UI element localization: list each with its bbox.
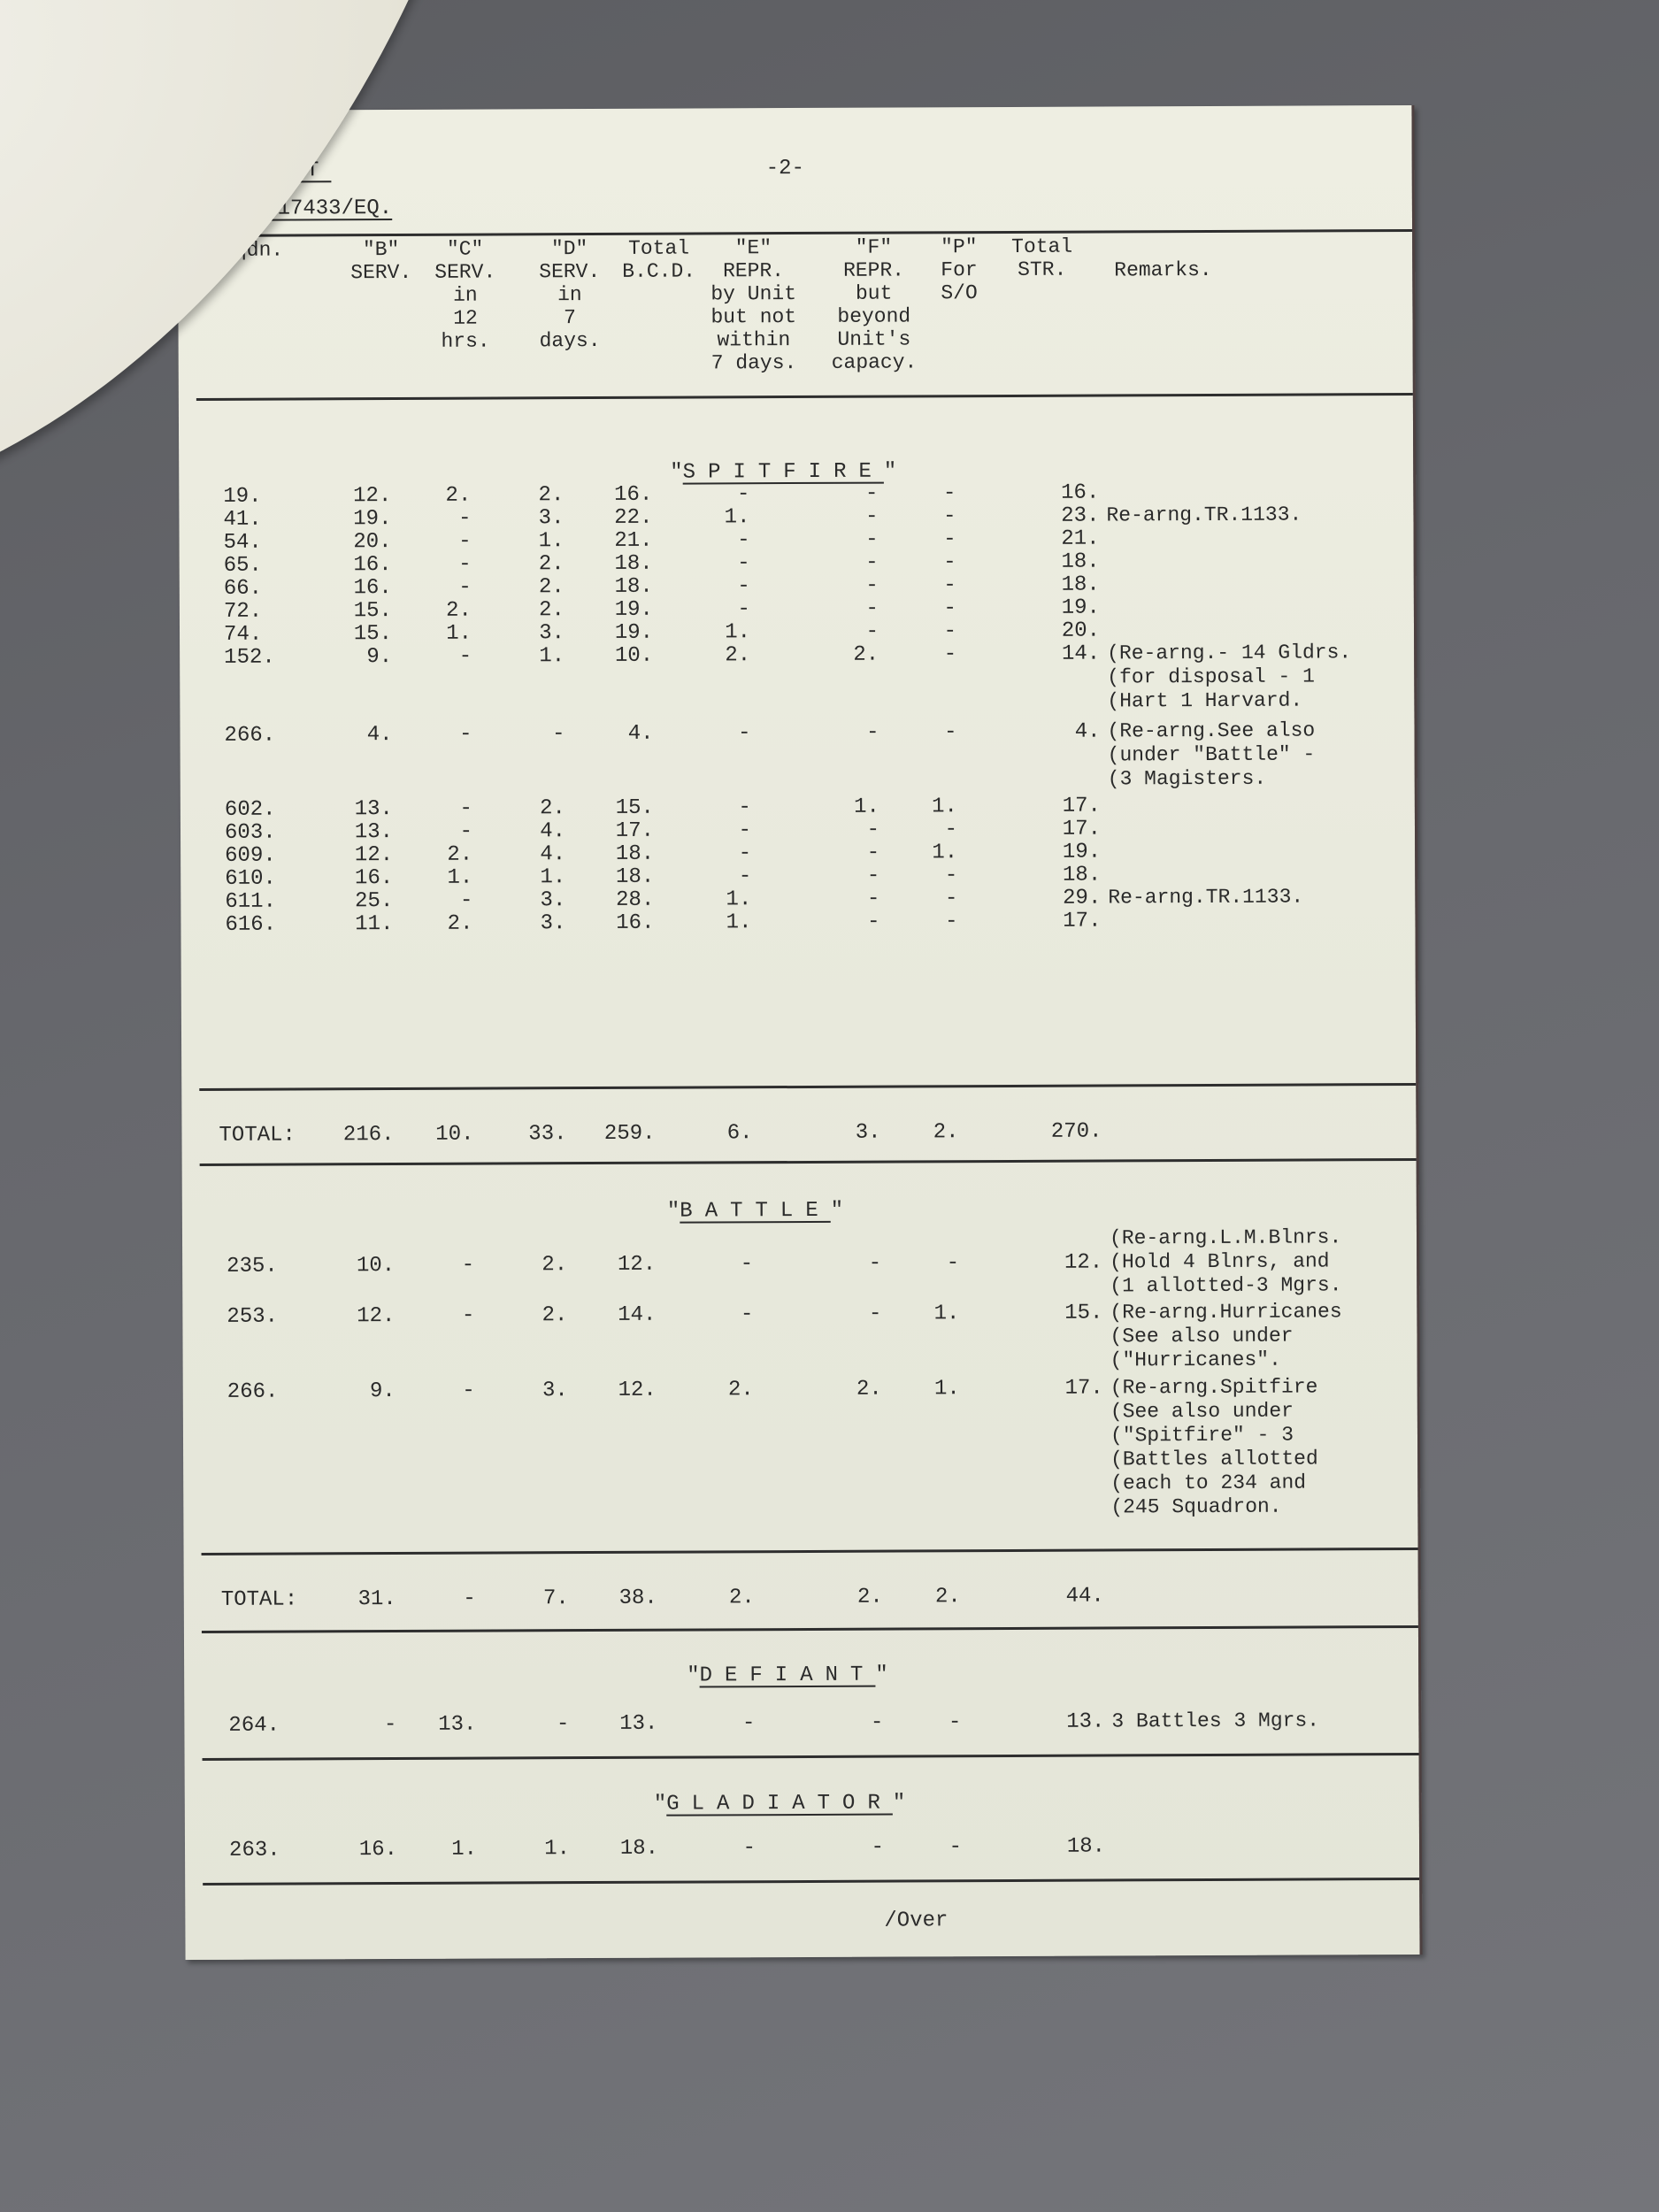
cell-remarks: (Re-arng.See also (under "Battle" - (3 M… — [1107, 718, 1315, 791]
cell-total-bcd: 16. — [616, 911, 654, 935]
cell-d: - — [557, 1712, 570, 1736]
cell-sqdn: 41. — [223, 508, 261, 532]
cell-sqdn: 66. — [224, 577, 262, 601]
total-total-str: 44. — [1066, 1585, 1104, 1609]
cell-total-str: 14. — [1062, 642, 1100, 666]
cell-total-bcd: 12. — [618, 1253, 656, 1277]
header-b-serv: "B" SERV. — [350, 238, 411, 284]
cell-c: 13. — [438, 1713, 476, 1737]
cell-b: 4. — [367, 723, 393, 747]
cell-e: - — [737, 551, 750, 575]
cell-f: - — [867, 910, 880, 934]
rule-bottom — [203, 1878, 1419, 1886]
total-label: TOTAL: — [221, 1587, 298, 1611]
section-title-defiant: "DEFIANT" — [687, 1663, 888, 1688]
cell-total-bcd: 4. — [628, 722, 654, 746]
cell-p: - — [943, 527, 956, 551]
cell-f: - — [866, 620, 879, 644]
cell-f: - — [865, 482, 879, 506]
cell-e: - — [737, 597, 750, 621]
cell-e: 2. — [725, 643, 750, 667]
cell-total-str: 12. — [1064, 1251, 1102, 1275]
cell-b: 12. — [355, 843, 393, 867]
cell-total-str: 18. — [1062, 573, 1100, 597]
cell-p: 1. — [932, 841, 957, 864]
cell-total-str: 17. — [1063, 818, 1101, 841]
cell-sqdn: 266. — [224, 724, 275, 748]
cell-e: - — [743, 1836, 757, 1860]
total-f: 3. — [856, 1121, 881, 1145]
cell-sqdn: 54. — [224, 531, 262, 555]
cell-c: 2. — [446, 599, 472, 623]
page-footer-over: /Over — [884, 1909, 948, 1932]
cell-e: - — [742, 1711, 756, 1735]
cell-b: 15. — [354, 599, 392, 623]
section-title-battle: "BATTLE" — [667, 1199, 843, 1224]
cell-sqdn: 65. — [224, 554, 262, 578]
rule-battle-total-top — [202, 1548, 1418, 1555]
battle-table — [177, 105, 1411, 111]
cell-p: 1. — [934, 1302, 960, 1325]
rule-defiant-bottom — [203, 1753, 1419, 1761]
cell-total-str: 20. — [1062, 619, 1100, 643]
cell-b: 9. — [370, 1379, 396, 1403]
cell-p: - — [943, 573, 956, 597]
cell-f: - — [869, 1302, 882, 1326]
cell-d: 3. — [539, 621, 565, 645]
cell-sqdn: 603. — [225, 821, 276, 845]
cell-total-str: 18. — [1063, 864, 1101, 887]
cell-total-str: 15. — [1064, 1302, 1102, 1325]
cell-c: - — [459, 723, 472, 747]
cell-c: 2. — [447, 843, 472, 867]
total-p: 2. — [933, 1120, 959, 1144]
cell-b: 9. — [366, 645, 392, 669]
cell-p: - — [944, 619, 957, 643]
cell-p: - — [943, 504, 956, 528]
cell-d: 2. — [539, 552, 565, 576]
total-b: 216. — [343, 1123, 395, 1147]
cell-total-str: 18. — [1061, 550, 1099, 574]
cell-b: 11. — [355, 912, 393, 936]
table-row: 616.11.2.3.16.1.--17. — [180, 908, 1415, 937]
rule-header-bottom — [196, 393, 1413, 401]
cell-f: - — [869, 1252, 882, 1276]
cell-f: - — [867, 887, 880, 911]
defiant-table — [177, 105, 1411, 111]
cell-c: - — [458, 553, 472, 577]
spitfire-table — [177, 105, 1411, 111]
gladiator-table — [177, 105, 1411, 111]
cell-total-str: 4. — [1075, 720, 1101, 744]
cell-d: 2. — [541, 1253, 567, 1277]
total-d: 7. — [543, 1586, 569, 1610]
cell-d: 2. — [539, 575, 565, 599]
header-c-serv: "C" SERV. in 12 hrs. — [434, 237, 496, 352]
cell-total-bcd: 12. — [618, 1379, 656, 1402]
header-total-str: Total STR. — [1011, 235, 1072, 281]
cell-p: - — [949, 1835, 963, 1859]
cell-total-bcd: 10. — [615, 644, 653, 668]
cell-e: 2. — [728, 1378, 754, 1402]
rule-spitfire-total-bottom — [200, 1158, 1417, 1166]
cell-sqdn: 266. — [227, 1380, 279, 1404]
total-total-bcd: 38. — [619, 1586, 657, 1610]
rule-battle-total-bottom — [202, 1625, 1418, 1633]
cell-remarks: (Re-arng.Spitfire (See also under ("Spit… — [1110, 1375, 1318, 1519]
cell-d: 1. — [539, 529, 565, 553]
cell-sqdn: 74. — [224, 623, 262, 647]
cell-total-bcd: 22. — [614, 506, 652, 530]
cell-p: - — [944, 642, 957, 666]
total-total-bcd: 259. — [604, 1122, 656, 1146]
cell-remarks: Re-arng.TR.1133. — [1106, 503, 1302, 528]
cell-c: 1. — [447, 866, 472, 890]
cell-sqdn: 611. — [225, 890, 276, 914]
cell-f: - — [867, 864, 880, 888]
cell-b: 13. — [355, 797, 393, 821]
cell-sqdn: 602. — [225, 798, 276, 822]
cell-f: - — [865, 505, 879, 529]
cell-f: - — [865, 574, 879, 598]
cell-e: 1. — [726, 910, 752, 934]
cell-c: - — [460, 889, 473, 913]
cell-remarks: Re-arng.TR.1133. — [1108, 886, 1303, 910]
cell-b: 16. — [354, 576, 392, 600]
cell-p: - — [945, 887, 958, 910]
cell-p: - — [944, 720, 957, 744]
total-row: TOTAL:216.10.33.259.6.3.2.270. — [181, 1118, 1416, 1148]
cell-c: - — [459, 797, 472, 821]
cell-total-bcd: 15. — [616, 796, 654, 820]
cell-total-str: 23. — [1061, 504, 1099, 528]
cell-total-bcd: 21. — [614, 529, 652, 553]
total-total-str: 270. — [1051, 1120, 1102, 1144]
cell-c: 1. — [451, 1838, 477, 1862]
header-e-repr: "E" REPR. by Unit but not within 7 days. — [710, 236, 796, 374]
total-d: 33. — [528, 1122, 566, 1146]
cell-sqdn: 253. — [227, 1305, 278, 1329]
cell-sqdn: 72. — [224, 600, 262, 624]
cell-c: - — [458, 507, 472, 531]
cell-b: 16. — [355, 866, 393, 890]
cell-f: 2. — [853, 643, 879, 667]
cell-p: - — [947, 1251, 960, 1275]
cell-f: 1. — [854, 795, 879, 819]
cell-sqdn: 609. — [225, 844, 276, 868]
cell-d: - — [552, 722, 565, 746]
cell-total-str: 18. — [1067, 1835, 1105, 1859]
table-row: 253.12.-2.14.--1.15.(Re-arng.Hurricanes … — [182, 1300, 1417, 1329]
cell-total-bcd: 19. — [615, 621, 653, 645]
cell-c: - — [462, 1304, 475, 1328]
cell-total-bcd: 18. — [620, 1837, 658, 1861]
rule-top — [196, 229, 1412, 237]
typed-document-page: CRET -2- C/S.17433/EQ. Sqdn. "B" SERV. "… — [177, 105, 1422, 1960]
cell-sqdn: 152. — [224, 646, 275, 670]
page-number: -2- — [766, 157, 804, 180]
cell-b: 13. — [355, 820, 393, 844]
cell-d: 3. — [540, 888, 565, 912]
cell-c: - — [458, 576, 472, 600]
cell-sqdn: 264. — [228, 1714, 280, 1738]
cell-e: 1. — [726, 887, 751, 911]
cell-d: 2. — [539, 598, 565, 622]
cell-sqdn: 235. — [227, 1255, 278, 1279]
cell-f: - — [865, 528, 879, 552]
cell-total-str: 17. — [1063, 910, 1101, 933]
cell-c: - — [462, 1379, 475, 1403]
cell-d: 2. — [538, 483, 564, 507]
cell-c: - — [458, 530, 472, 554]
section-title-gladiator: "GLADIATOR" — [654, 1791, 906, 1816]
cell-d: 3. — [539, 506, 565, 530]
total-f: 2. — [857, 1586, 883, 1609]
cell-total-str: 19. — [1062, 596, 1100, 620]
cell-sqdn: 19. — [223, 485, 261, 509]
total-p: 2. — [935, 1585, 961, 1609]
cell-b: 16. — [359, 1838, 397, 1862]
header-total-bcd: Total B.C.D. — [622, 237, 695, 283]
table-row: 266.9.-3.12.2.2.1.17.(Re-arng.Spitfire (… — [183, 1375, 1417, 1404]
cell-sqdn: 263. — [229, 1839, 280, 1863]
cell-total-bcd: 17. — [616, 819, 654, 843]
cell-e: 1. — [725, 620, 750, 644]
cell-remarks: (Re-arng.L.M.Blnrs. (Hold 4 Blnrs, and (… — [1110, 1225, 1342, 1298]
header-p-for-so: "P" For S/O — [941, 235, 978, 304]
cell-e: 1. — [725, 505, 750, 529]
total-label: TOTAL: — [219, 1123, 296, 1147]
total-row: TOTAL:31.-7.38.2.2.2.44. — [184, 1583, 1418, 1612]
cell-d: 1. — [540, 865, 565, 889]
cell-p: - — [943, 481, 956, 505]
cell-e: - — [737, 574, 750, 598]
cell-b: - — [384, 1713, 397, 1737]
cell-e: - — [737, 528, 750, 552]
cell-b: 19. — [353, 507, 391, 531]
spitfire-total-row — [177, 105, 1411, 111]
cell-remarks: 3 Battles 3 Mgrs. — [1111, 1709, 1319, 1733]
table-row: 264.-13.-13.---13.3 Battles 3 Mgrs. — [184, 1709, 1418, 1738]
cell-total-bcd: 18. — [616, 865, 654, 889]
cell-e: - — [739, 841, 752, 865]
rule-spitfire-total-top — [199, 1083, 1416, 1091]
section-title-spitfire: "SPITFIRE" — [670, 460, 896, 485]
cell-d: 4. — [540, 819, 565, 843]
cell-f: - — [867, 818, 880, 842]
cell-p: - — [943, 596, 956, 620]
cell-remarks: (Re-arng.- 14 Gldrs. (for disposal - 1 (… — [1107, 641, 1351, 713]
cell-total-str: 17. — [1063, 795, 1101, 818]
cell-e: - — [738, 795, 751, 819]
total-c: 10. — [435, 1123, 473, 1147]
cell-e: - — [741, 1252, 754, 1276]
cell-p: - — [949, 1710, 962, 1734]
cell-c: 2. — [448, 912, 473, 936]
cell-d: 2. — [540, 796, 565, 820]
total-e: 6. — [727, 1121, 753, 1145]
cell-b: 12. — [357, 1304, 395, 1328]
cell-p: - — [945, 818, 958, 841]
cell-d: 2. — [542, 1303, 568, 1327]
cell-f: 2. — [856, 1378, 882, 1402]
cell-f: - — [867, 841, 880, 865]
total-b: 31. — [358, 1587, 396, 1611]
cell-p: - — [945, 864, 958, 887]
cell-total-str: 29. — [1063, 887, 1101, 910]
table-row: 235.10.-2.12.---12.(Re-arng.L.M.Blnrs. (… — [182, 1249, 1417, 1279]
cell-e: - — [739, 818, 752, 842]
table-row: 152.9.-1.10.2.2.-14.(Re-arng.- 14 Gldrs.… — [180, 641, 1414, 670]
table-row: 263.16.1.1.18.---18. — [185, 1833, 1419, 1863]
cell-p: 1. — [932, 795, 957, 818]
cell-c: 1. — [446, 622, 472, 646]
header-d-serv: "D" SERV. in 7 days. — [539, 237, 601, 352]
cell-total-bcd: 19. — [615, 598, 653, 622]
cell-d: 3. — [541, 911, 566, 935]
cell-c: 2. — [445, 484, 471, 508]
cell-p: 1. — [934, 1377, 960, 1401]
cell-d: 1. — [539, 644, 565, 668]
table-row: 266.4.--4.---4.(Re-arng.See also (under … — [180, 718, 1414, 748]
cell-total-str: 16. — [1061, 481, 1099, 505]
header-remarks: Remarks. — [1114, 258, 1212, 281]
cell-e: - — [739, 864, 752, 888]
cell-sqdn: 616. — [225, 913, 276, 937]
cell-f: - — [865, 597, 879, 621]
cell-total-str: 17. — [1064, 1377, 1102, 1401]
cell-d: 1. — [544, 1837, 570, 1861]
cell-f: - — [871, 1711, 884, 1735]
cell-b: 15. — [354, 622, 392, 646]
cell-remarks: (Re-arng.Hurricanes (See also under ("Hu… — [1110, 1300, 1342, 1372]
cell-total-bcd: 18. — [614, 552, 652, 576]
cell-total-bcd: 28. — [616, 888, 654, 912]
cell-c: - — [462, 1254, 475, 1278]
cell-total-str: 19. — [1063, 841, 1101, 864]
battle-total-row — [177, 105, 1411, 111]
cell-f: - — [865, 551, 879, 575]
cell-total-bcd: 18. — [615, 575, 653, 599]
cell-b: 10. — [357, 1254, 395, 1278]
cell-c: - — [459, 645, 472, 669]
cell-b: 20. — [353, 530, 391, 554]
cell-b: 16. — [353, 553, 391, 577]
total-e: 2. — [729, 1586, 755, 1609]
header-f-repr: "F" REPR. but beyond Unit's capacy. — [831, 235, 917, 373]
cell-total-bcd: 16. — [614, 483, 652, 507]
cell-c: - — [460, 820, 473, 844]
cell-p: - — [945, 910, 958, 933]
cell-total-bcd: 18. — [616, 842, 654, 866]
total-c: - — [463, 1587, 476, 1611]
cell-e: - — [738, 721, 751, 745]
cell-f: - — [866, 721, 879, 745]
cell-d: 4. — [540, 842, 565, 866]
cell-b: 25. — [355, 889, 393, 913]
cell-f: - — [872, 1836, 885, 1860]
cell-e: - — [741, 1302, 754, 1326]
cell-sqdn: 610. — [225, 867, 276, 891]
cell-e: - — [737, 482, 750, 506]
cell-total-str: 13. — [1066, 1710, 1104, 1734]
cell-total-str: 21. — [1061, 527, 1099, 551]
cell-d: 3. — [542, 1379, 568, 1402]
cell-p: - — [943, 550, 956, 574]
cell-total-bcd: 13. — [619, 1712, 657, 1736]
cell-b: 12. — [353, 484, 391, 508]
cell-total-bcd: 14. — [618, 1303, 656, 1327]
